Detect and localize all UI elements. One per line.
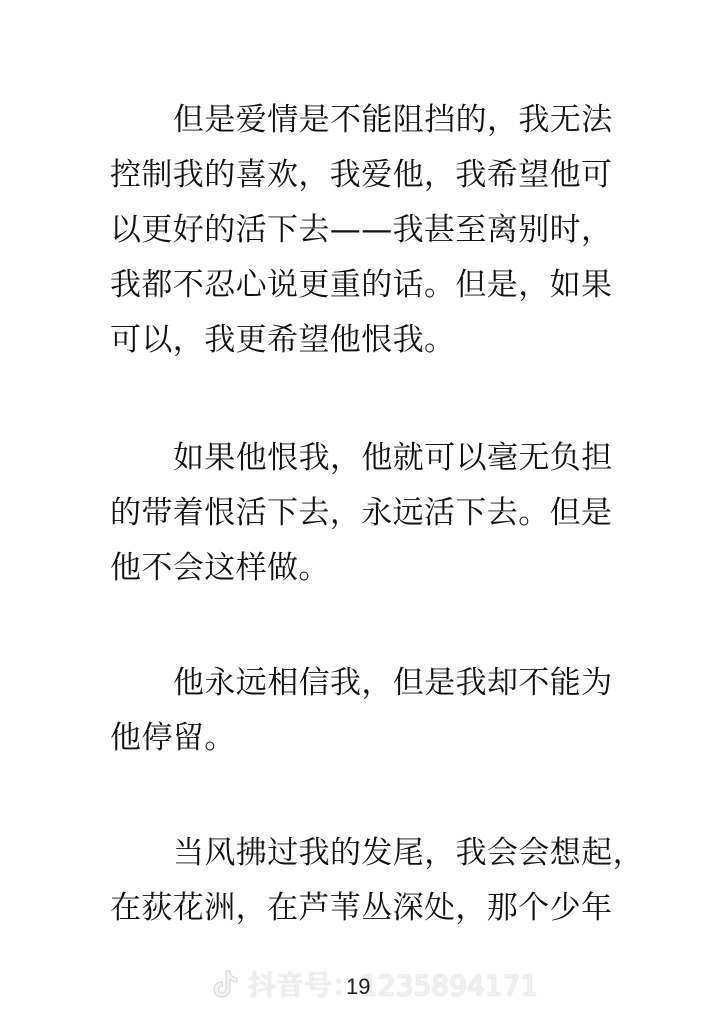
paragraph-spacer [110, 596, 630, 656]
paragraph-line: 他永远相信我，但是我却不能为 [110, 656, 630, 711]
page-number: 19 [346, 972, 370, 1002]
paragraph-line: 可以，我更希望他恨我。 [110, 313, 630, 368]
paragraph-line: 如果他恨我，他就可以毫无负担 [110, 431, 630, 486]
paragraph-line: 我都不忍心说更重的话。但是，如果 [110, 258, 630, 313]
douyin-logo-icon [212, 969, 240, 999]
paragraph-line: 他不会这样做。 [110, 541, 630, 596]
paragraph-line: 在荻花洲，在芦苇丛深处，那个少年 [110, 881, 630, 936]
paragraph-spacer [110, 766, 630, 826]
paragraph-line: 的带着恨活下去，永远活下去。但是 [110, 486, 630, 541]
text-column: 但是爱情是不能阻挡的，我无法 控制我的喜欢，我爱他，我希望他可 以更好的活下去—… [110, 93, 630, 936]
paragraph-line: 以更好的活下去——我甚至离别时， [110, 203, 630, 258]
paragraph-line: 但是爱情是不能阻挡的，我无法 [110, 93, 630, 148]
paragraph-1: 但是爱情是不能阻挡的，我无法 控制我的喜欢，我爱他，我希望他可 以更好的活下去—… [110, 93, 630, 368]
paragraph-4: 当风拂过我的发尾，我会会想起， 在荻花洲，在芦苇丛深处，那个少年 [110, 826, 630, 936]
paragraph-line: 他停留。 [110, 711, 630, 766]
paragraph-line: 控制我的喜欢，我爱他，我希望他可 [110, 148, 630, 203]
watermark-text: 抖音号：1235894171 [248, 964, 538, 1004]
paragraph-2: 如果他恨我，他就可以毫无负担 的带着恨活下去，永远活下去。但是 他不会这样做。 [110, 431, 630, 596]
document-page: 但是爱情是不能阻挡的，我无法 控制我的喜欢，我爱他，我希望他可 以更好的活下去—… [0, 0, 720, 1018]
page-footer: 抖音号：1235894171 19 [0, 962, 720, 1012]
douyin-watermark: 抖音号：1235894171 [212, 964, 538, 1004]
paragraph-3: 他永远相信我，但是我却不能为 他停留。 [110, 656, 630, 766]
paragraph-line: 当风拂过我的发尾，我会会想起， [110, 826, 630, 881]
paragraph-spacer [110, 368, 630, 431]
